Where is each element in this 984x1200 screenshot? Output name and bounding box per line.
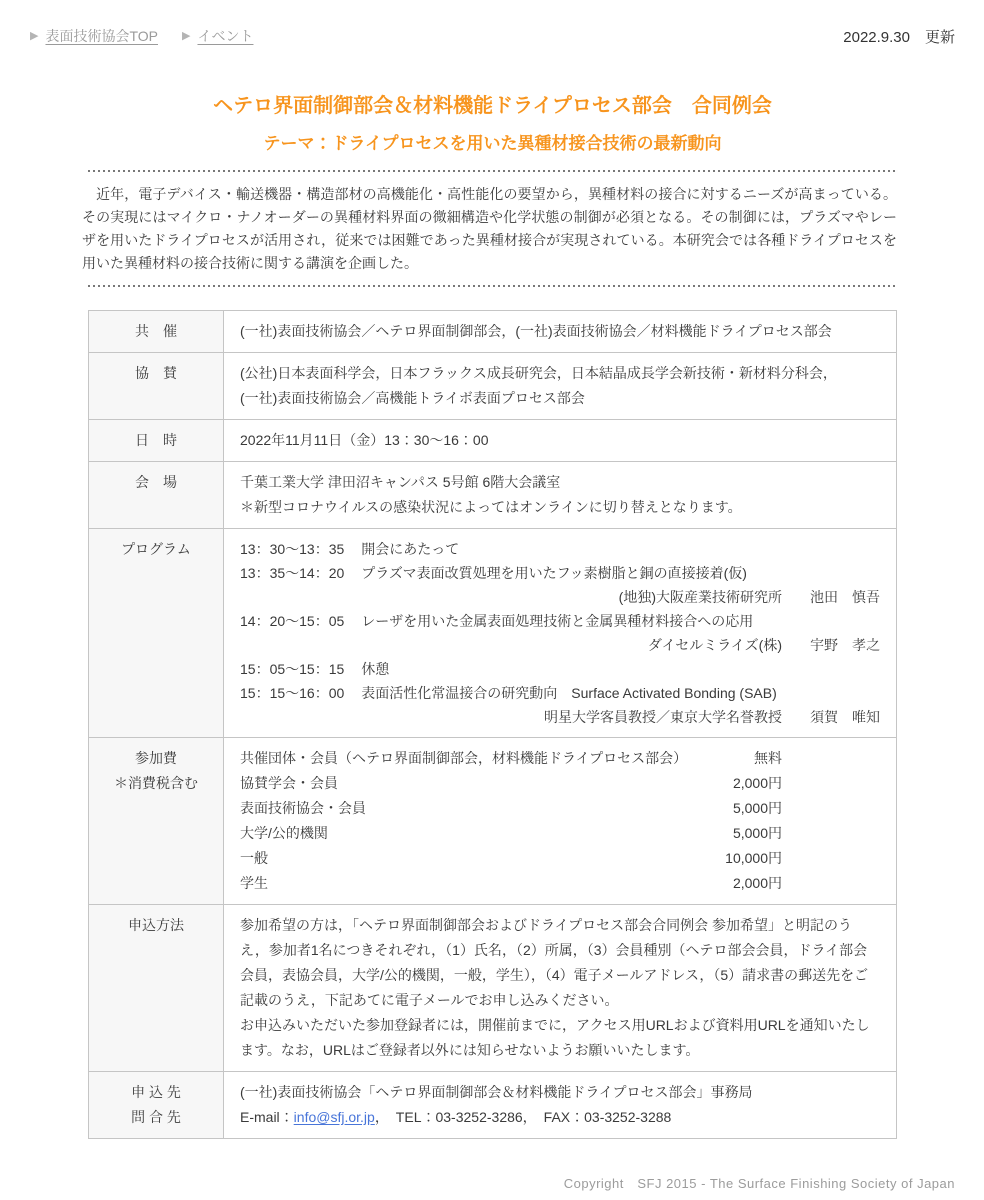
table-row-application: 申込方法 参加希望の方は，「ヘテロ界面制御部会およびドライプロセス部会合同例会 … [89, 905, 897, 1072]
table-row-cohost: 共 催 (一社)表面技術協会／ヘテロ界面制御部会，(一社)表面技術協会／材料機能… [89, 311, 897, 353]
breadcrumb-item: ▶ 表面技術協会TOP [30, 26, 158, 46]
row-label-fees: 参加費 ＊消費税含む [89, 738, 224, 905]
contact-label-line: 問 合 先 [94, 1105, 218, 1130]
application-paragraph: お申込みいただいた参加登録者には，開催前までに，アクセス用URLおよび資料用UR… [240, 1013, 880, 1063]
page-title: ヘテロ界面制御部会＆材料機能ドライプロセス部会 合同例会 [30, 93, 955, 120]
application-method: 参加希望の方は，「ヘテロ界面制御部会およびドライプロセス部会合同例会 参加希望」… [224, 905, 897, 1072]
program-item: 15：15～16：00表面活性化常温接合の研究動向 Surface Activa… [240, 681, 880, 729]
fee-amount: 無料 [754, 746, 782, 771]
intro-paragraph: 近年，電子デバイス・輸送機器・構造部材の高機能化・高性能化の要望から，異種材料の… [82, 183, 897, 275]
sponsor-line: (一社)表面技術協会／高機能トライボ表面プロセス部会 [240, 386, 880, 411]
fee-row: 大学/公的機関 5,000円 [240, 821, 880, 846]
fee-amount: 5,000円 [733, 796, 782, 821]
program-item: 13：35～14：20プラズマ表面改質処理を用いたフッ素樹脂と銅の直接接着(仮)… [240, 561, 880, 609]
copyright-text: Copyright SFJ 2015 - The Surface Finishi… [30, 1173, 955, 1192]
fee-category: 協賛学会・会員 [240, 771, 733, 796]
program-item: 14：20～15：05レーザを用いた金属表面処理技術と金属異種材料接合への応用 … [240, 609, 880, 657]
cohost-value: (一社)表面技術協会／ヘテロ界面制御部会，(一社)表面技術協会／材料機能ドライプ… [224, 311, 897, 353]
triangle-bullet-icon: ▶ [30, 31, 38, 42]
program-speaker: 明星大学客員教授／東京大学名誉教授 須賀 唯知 [240, 705, 880, 729]
fees-label: 参加費 [94, 746, 218, 771]
fee-row: 共催団体・会員（ヘテロ界面制御部会，材料機能ドライプロセス部会） 無料 [240, 746, 880, 771]
event-info-table: 共 催 (一社)表面技術協会／ヘテロ界面制御部会，(一社)表面技術協会／材料機能… [88, 310, 897, 1139]
program-time: 15：05～15：15 [240, 657, 344, 681]
venue-note: ＊新型コロナウイルスの感染状況によってはオンラインに切り替えとなります。 [240, 495, 880, 520]
program-time: 14：20～15：05 [240, 609, 344, 633]
program-title: 開会にあたって [361, 541, 459, 557]
fee-amount: 10,000円 [725, 846, 782, 871]
table-row-program: プログラム 13：30～13：35開会にあたって 13：35～14：20プラズマ… [89, 529, 897, 738]
program-speaker: (地独)大阪産業技術研究所 池田 慎吾 [240, 585, 880, 609]
page-theme: テーマ：ドライプロセスを用いた異種材接合技術の最新動向 [30, 133, 955, 155]
program-title: 表面活性化常温接合の研究動向 Surface Activated Bonding… [361, 685, 776, 701]
row-label-program: プログラム [89, 529, 224, 738]
table-row-contact: 申 込 先 問 合 先 (一社)表面技術協会「ヘテロ界面制御部会＆材料機能ドライ… [89, 1072, 897, 1139]
top-bar: ▶ 表面技術協会TOP ▶ イベント 2022.9.30 更新 [30, 25, 955, 47]
fee-amount: 5,000円 [733, 821, 782, 846]
contact-tel-fax: ， TEL：03-3252-3286， FAX：03-3252-3288 [375, 1109, 672, 1125]
table-row-sponsor: 協 賛 (公社)日本表面科学会，日本フラックス成長研究会，日本結晶成長学会新技術… [89, 353, 897, 420]
fee-row: 学生 2,000円 [240, 871, 880, 896]
venue-value: 千葉工業大学 津田沼キャンパス 5号館 6階大会議室 ＊新型コロナウイルスの感染… [224, 462, 897, 529]
fee-category: 学生 [240, 871, 733, 896]
sponsor-value: (公社)日本表面科学会，日本フラックス成長研究会，日本結晶成長学会新技術・新材料… [224, 353, 897, 420]
table-row-venue: 会 場 千葉工業大学 津田沼キャンパス 5号館 6階大会議室 ＊新型コロナウイル… [89, 462, 897, 529]
row-label-datetime: 日 時 [89, 420, 224, 462]
fee-amount: 2,000円 [733, 871, 782, 896]
page: ▶ 表面技術協会TOP ▶ イベント 2022.9.30 更新 ヘテロ界面制御部… [0, 0, 984, 1200]
contact-organization: (一社)表面技術協会「ヘテロ界面制御部会＆材料機能ドライプロセス部会」事務局 [240, 1080, 880, 1105]
fee-category: 表面技術協会・会員 [240, 796, 733, 821]
fees-tax-note: ＊消費税含む [94, 771, 218, 796]
program-time: 13：35～14：20 [240, 561, 344, 585]
fee-category: 一般 [240, 846, 725, 871]
table-row-fees: 参加費 ＊消費税含む 共催団体・会員（ヘテロ界面制御部会，材料機能ドライプロセス… [89, 738, 897, 905]
fee-category: 共催団体・会員（ヘテロ界面制御部会，材料機能ドライプロセス部会） [240, 746, 754, 771]
table-row-datetime: 日 時 2022年11月11日（金）13：30～16：00 [89, 420, 897, 462]
program-title: プラズマ表面改質処理を用いたフッ素樹脂と銅の直接接着(仮) [361, 565, 747, 581]
sponsor-line: (公社)日本表面科学会，日本フラックス成長研究会，日本結晶成長学会新技術・新材料… [240, 361, 880, 386]
email-link[interactable]: info@sfj.or.jp [294, 1109, 375, 1125]
contact-label-line: 申 込 先 [94, 1080, 218, 1105]
program-time: 13：30～13：35 [240, 537, 344, 561]
breadcrumb-link-top[interactable]: 表面技術協会TOP [45, 26, 158, 46]
contact-line: E-mail：info@sfj.or.jp， TEL：03-3252-3286，… [240, 1105, 880, 1130]
program-speaker: ダイセルミライズ(株) 宇野 孝之 [240, 633, 880, 657]
dotted-divider [88, 170, 897, 172]
breadcrumb-item: ▶ イベント [182, 26, 253, 46]
breadcrumb: ▶ 表面技術協会TOP ▶ イベント [30, 26, 253, 46]
email-label: E-mail： [240, 1109, 294, 1125]
venue-name: 千葉工業大学 津田沼キャンパス 5号館 6階大会議室 [240, 470, 880, 495]
datetime-value: 2022年11月11日（金）13：30～16：00 [224, 420, 897, 462]
contact-info: (一社)表面技術協会「ヘテロ界面制御部会＆材料機能ドライプロセス部会」事務局 E… [224, 1072, 897, 1139]
program-item: 15：05～15：15休憩 [240, 657, 880, 681]
triangle-bullet-icon: ▶ [182, 31, 190, 42]
row-label-application: 申込方法 [89, 905, 224, 1072]
fee-amount: 2,000円 [733, 771, 782, 796]
program-title: 休憩 [361, 661, 389, 677]
row-label-sponsor: 協 賛 [89, 353, 224, 420]
fees-list: 共催団体・会員（ヘテロ界面制御部会，材料機能ドライプロセス部会） 無料 協賛学会… [224, 738, 897, 905]
dotted-divider [88, 285, 897, 287]
program-title: レーザを用いた金属表面処理技術と金属異種材料接合への応用 [361, 613, 753, 629]
fee-row: 一般 10,000円 [240, 846, 880, 871]
fee-row: 協賛学会・会員 2,000円 [240, 771, 880, 796]
fee-row: 表面技術協会・会員 5,000円 [240, 796, 880, 821]
application-paragraph: 参加希望の方は，「ヘテロ界面制御部会およびドライプロセス部会合同例会 参加希望」… [240, 913, 880, 1013]
row-label-contact: 申 込 先 問 合 先 [89, 1072, 224, 1139]
program-time: 15：15～16：00 [240, 681, 344, 705]
updated-date: 2022.9.30 更新 [843, 26, 955, 47]
fee-category: 大学/公的機関 [240, 821, 733, 846]
program-list: 13：30～13：35開会にあたって 13：35～14：20プラズマ表面改質処理… [224, 529, 897, 738]
row-label-venue: 会 場 [89, 462, 224, 529]
main-content: 近年，電子デバイス・輸送機器・構造部材の高機能化・高性能化の要望から，異種材料の… [88, 170, 897, 1139]
breadcrumb-link-events[interactable]: イベント [197, 26, 253, 46]
row-label-cohost: 共 催 [89, 311, 224, 353]
program-item: 13：30～13：35開会にあたって [240, 537, 880, 561]
